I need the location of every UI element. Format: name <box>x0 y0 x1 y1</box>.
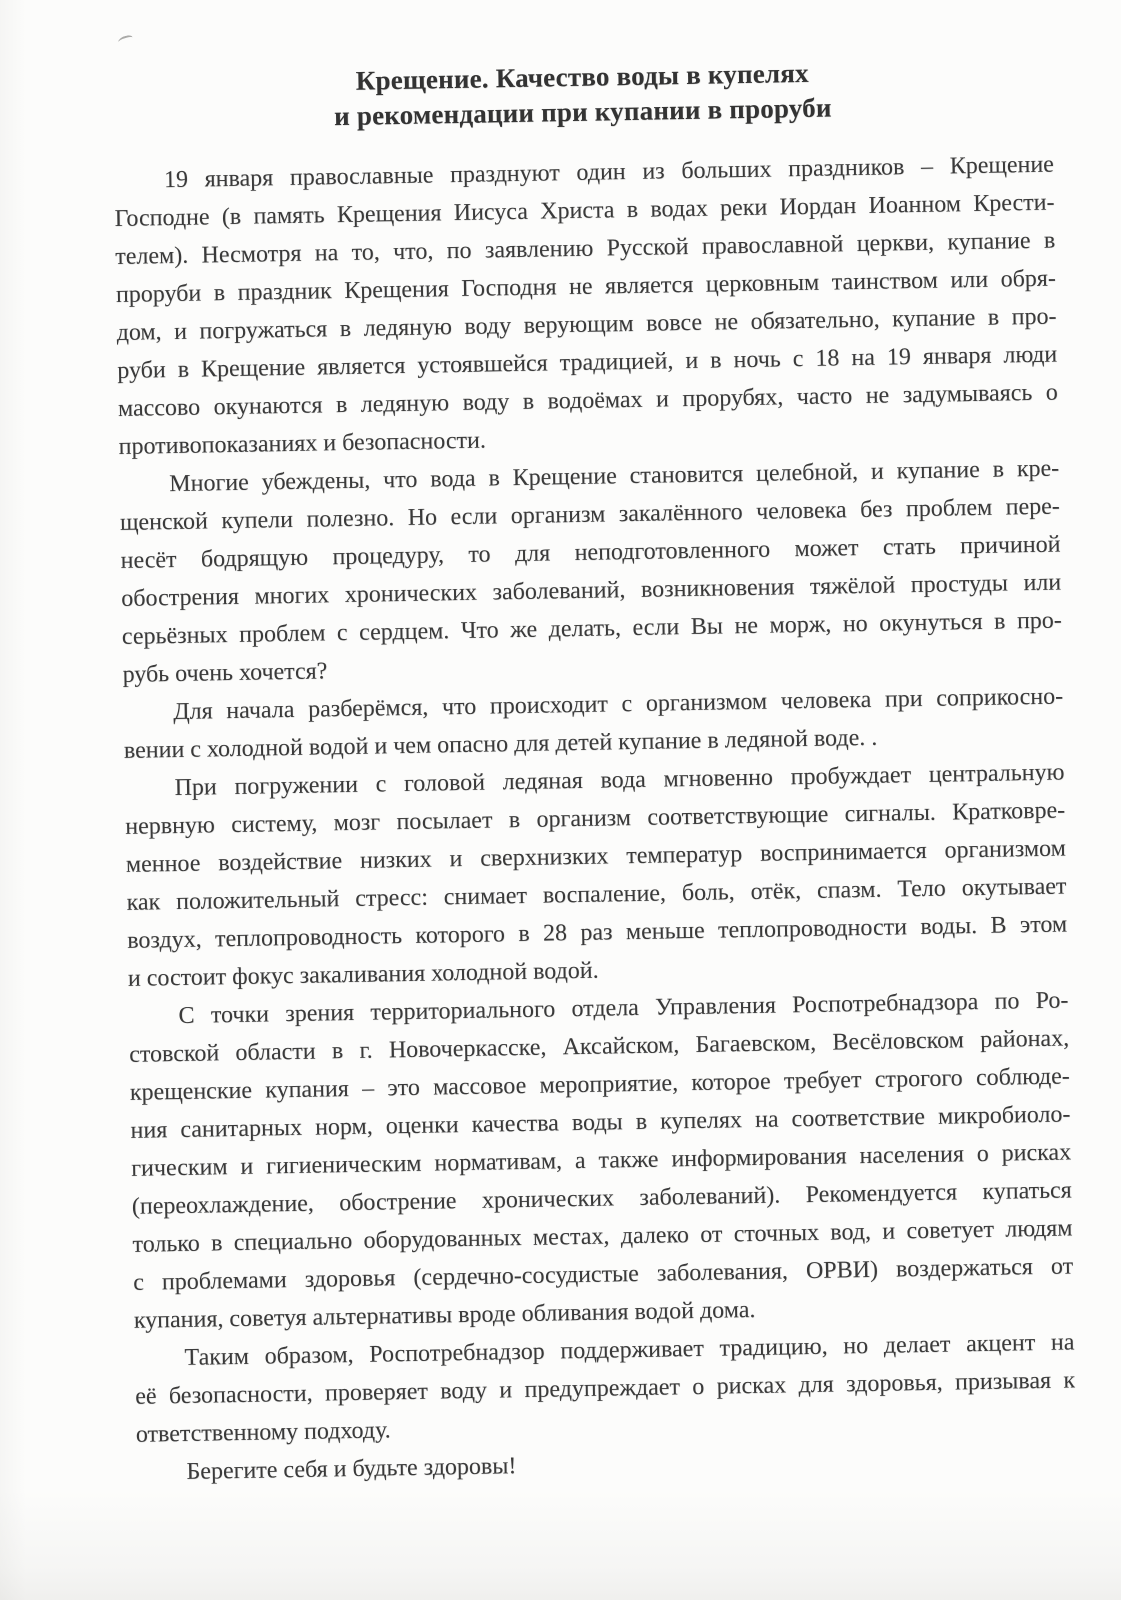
pen-mark <box>117 34 133 45</box>
scanned-page: Крещение. Качество воды в купелях и реко… <box>0 0 1121 1600</box>
paragraph: С точки зрения территориального отдела У… <box>128 981 1074 1339</box>
scan-edge-shading-bottom <box>0 1490 1121 1600</box>
paragraph: Многие убеждены, что вода в Крещение ста… <box>119 450 1063 694</box>
document-title: Крещение. Качество воды в купелях и реко… <box>112 52 1053 138</box>
scan-edge-shading-left <box>0 0 26 1600</box>
document-body: 19 января православные празднуют один из… <box>114 146 1077 1492</box>
paragraph: При погружении с головой ледяная вода мг… <box>124 753 1068 997</box>
paragraph: 19 января православные празднуют один из… <box>114 146 1059 466</box>
paragraph: Таким образом, Роспотребнадзор поддержив… <box>134 1323 1076 1453</box>
text-block: Крещение. Качество воды в купелях и реко… <box>112 52 1077 1492</box>
